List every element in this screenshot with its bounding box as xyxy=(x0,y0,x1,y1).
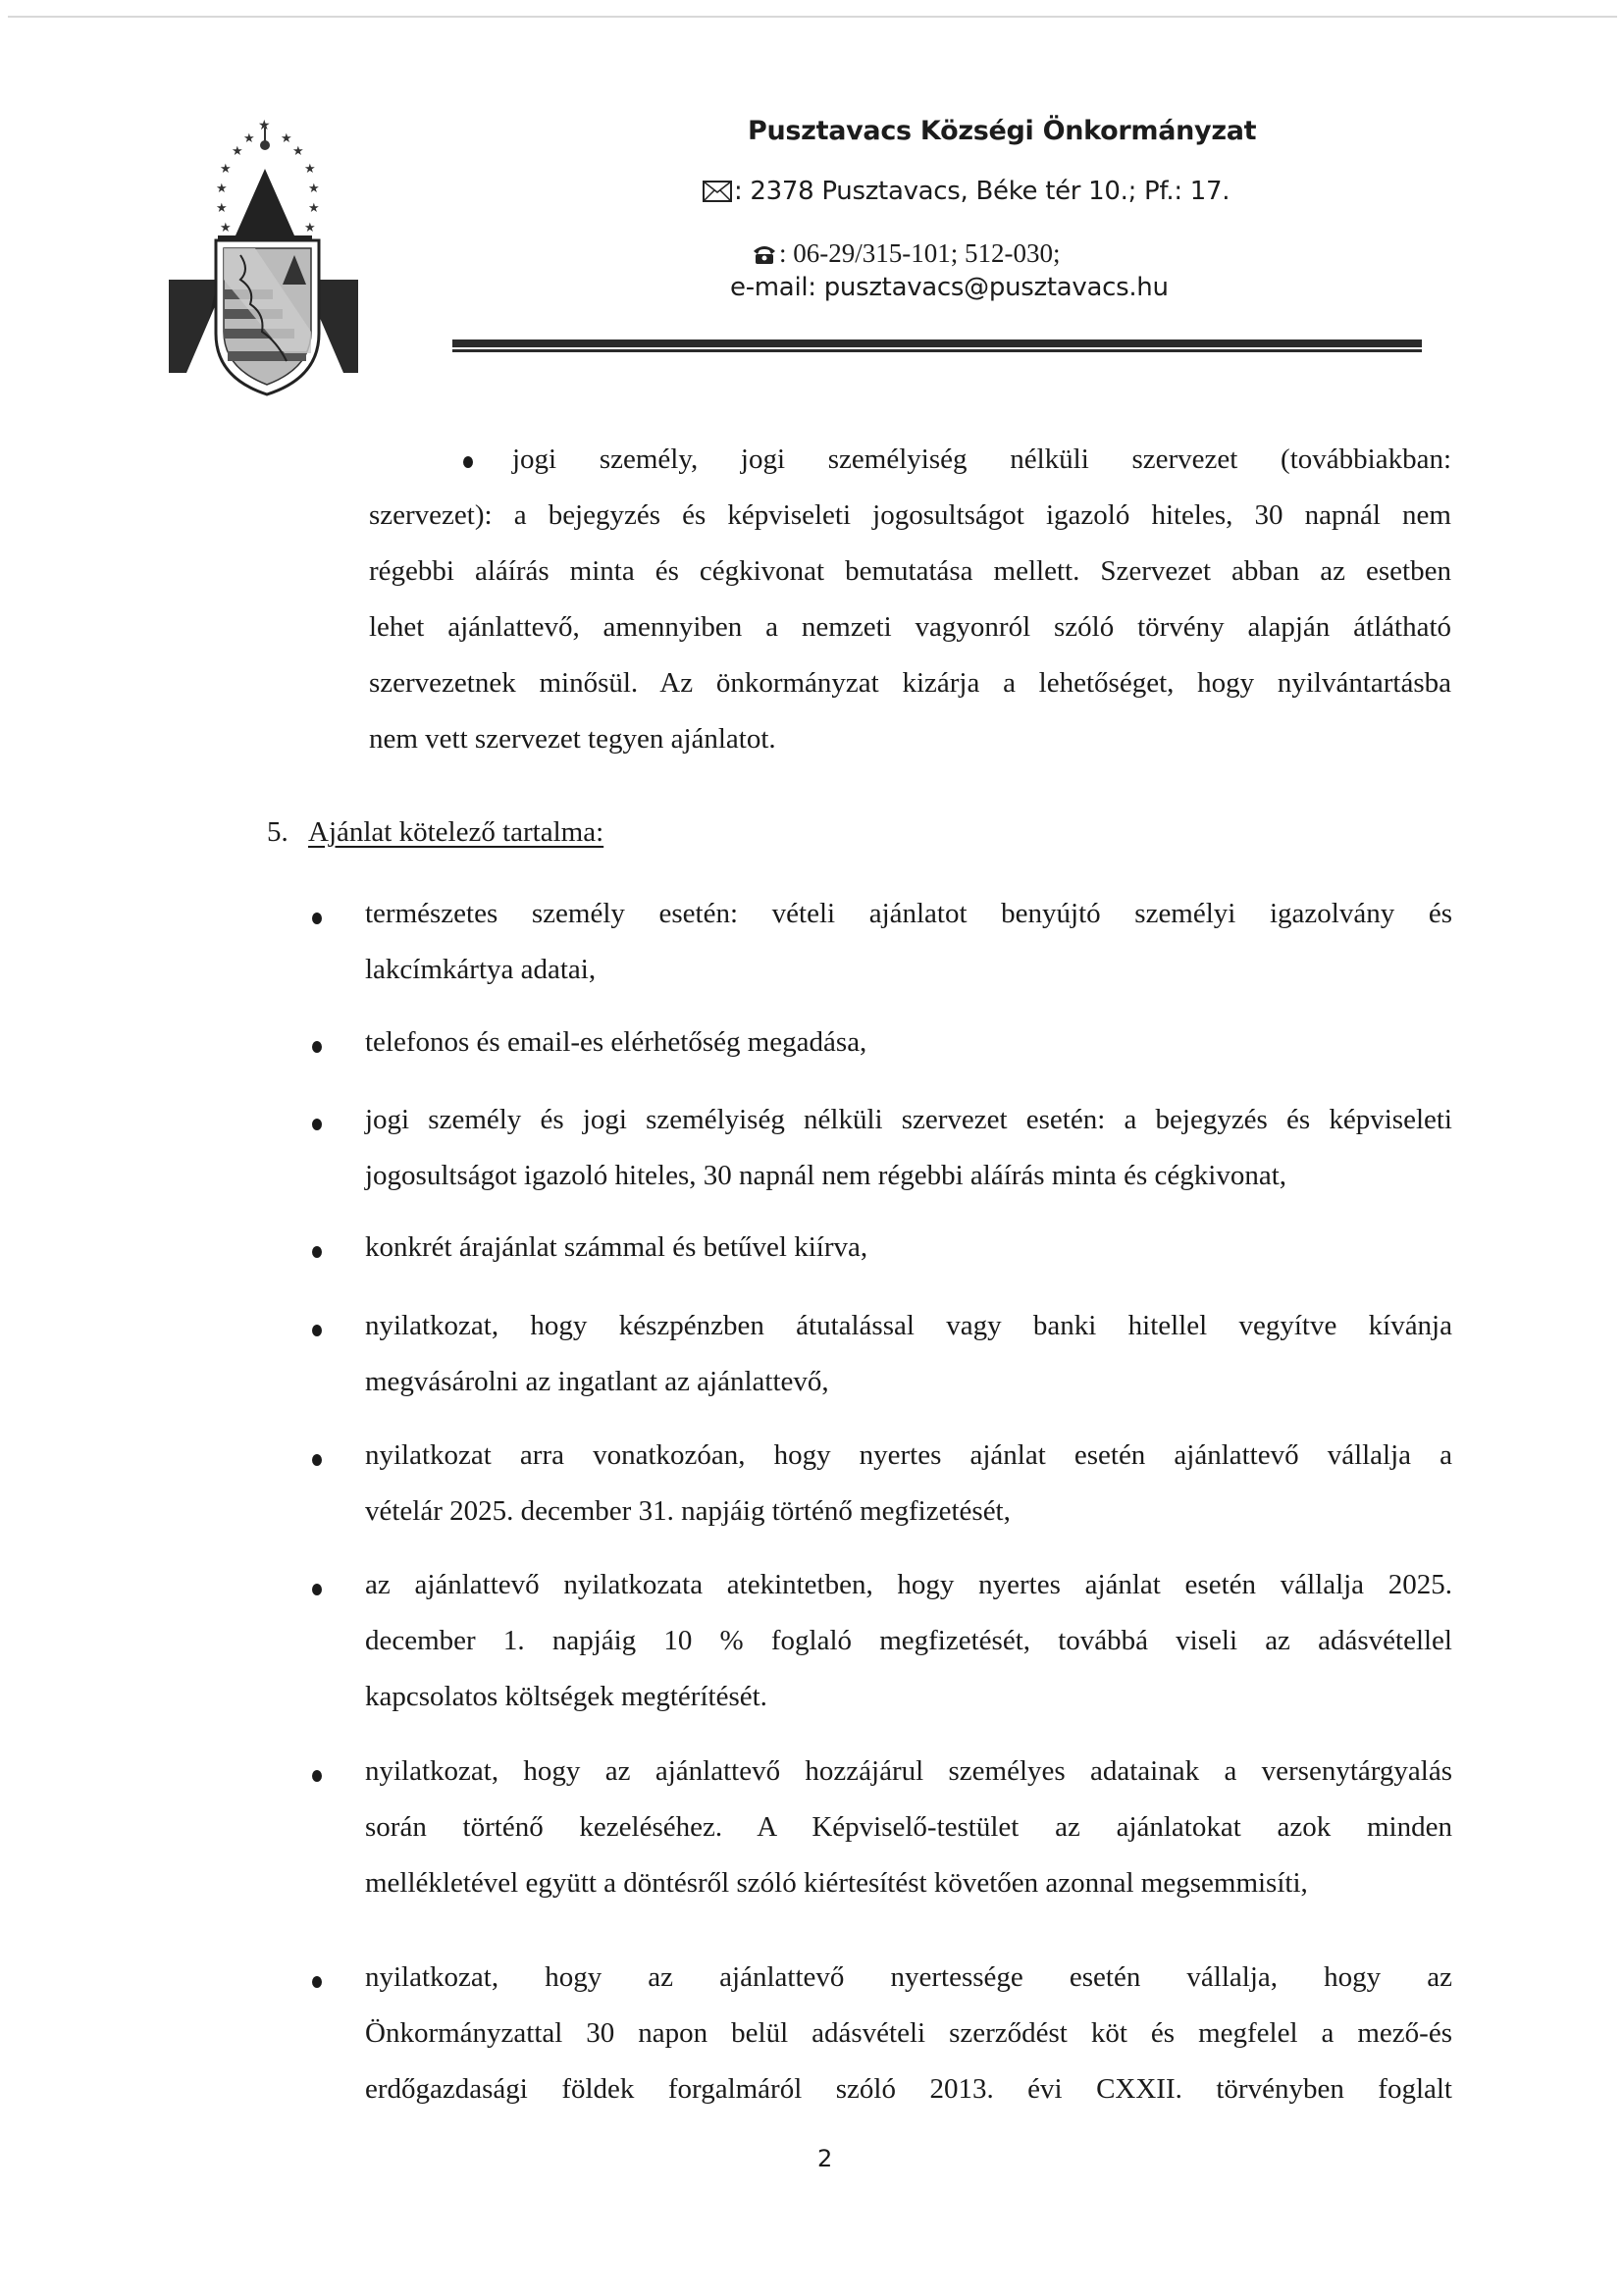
paragraph-line: jogi személy, jogi személyiség nélküli s… xyxy=(369,432,1451,488)
section-number: 5. xyxy=(267,816,308,849)
list-item-line: megvásárolni az ingatlant az ajánlattevő… xyxy=(365,1354,1452,1410)
list-item-line: vételár 2025. december 31. napjáig törté… xyxy=(365,1484,1452,1539)
list-item-line: konkrét árajánlat számmal és betűvel kií… xyxy=(365,1220,1452,1276)
postal-address: : 2378 Pusztavacs, Béke tér 10.; Pf.: 17… xyxy=(703,177,1230,209)
intro-bullet-paragraph: jogi személy, jogi személyiség nélküli s… xyxy=(369,432,1451,767)
list-item: az ajánlattevő nyilatkozata atekintetben… xyxy=(365,1557,1452,1725)
bullet-icon xyxy=(312,1454,322,1466)
scan-edge xyxy=(8,16,1617,18)
phone-line: : 06-29/315-101; 512-030; xyxy=(752,238,1060,272)
paragraph-line: lehet ajánlattevő, amennyiben a nemzeti … xyxy=(369,600,1451,655)
list-item-line: mellékletével együtt a döntésről szóló k… xyxy=(365,1855,1452,1911)
list-item: konkrét árajánlat számmal és betűvel kií… xyxy=(365,1220,1452,1276)
list-item-line: Önkormányzattal 30 napon belül adásvétel… xyxy=(365,2006,1452,2061)
list-item: természetes személy esetén: vételi ajánl… xyxy=(365,886,1452,998)
list-item: nyilatkozat, hogy az ajánlattevő hozzájá… xyxy=(365,1744,1452,1911)
bullet-icon xyxy=(312,1325,322,1336)
list-item-line: jogi személy és jogi személyiség nélküli… xyxy=(365,1092,1452,1148)
svg-text:★: ★ xyxy=(216,182,228,196)
svg-text:★: ★ xyxy=(220,162,232,177)
list-item-line: erdőgazdasági földek forgalmáról szóló 2… xyxy=(365,2061,1452,2117)
list-item-line: nyilatkozat arra vonatkozóan, hogy nyert… xyxy=(365,1428,1452,1484)
bullet-icon xyxy=(312,1119,322,1130)
svg-text:★: ★ xyxy=(304,221,316,235)
address-text: : 2378 Pusztavacs, Béke tér 10.; Pf.: 17… xyxy=(734,177,1230,206)
list-item-line: nyilatkozat, hogy az ajánlattevő nyertes… xyxy=(365,1950,1452,2006)
paragraph-line: szervezet): a bejegyzés és képviseleti j… xyxy=(369,488,1451,544)
list-item-line: jogosultságot igazoló hiteles, 30 napnál… xyxy=(365,1148,1452,1204)
list-item-line: lakcímkártya adatai, xyxy=(365,942,1452,998)
svg-text:★: ★ xyxy=(304,162,316,177)
list-item: jogi személy és jogi személyiség nélküli… xyxy=(365,1092,1452,1204)
svg-text:★: ★ xyxy=(308,201,320,216)
list-item: nyilatkozat arra vonatkozóan, hogy nyert… xyxy=(365,1428,1452,1539)
svg-text:★: ★ xyxy=(292,144,304,159)
list-item-line: során történő kezeléséhez. A Képviselő-t… xyxy=(365,1800,1452,1855)
section-title: Ajánlat kötelező tartalma: xyxy=(308,816,603,848)
paragraph-line: nem vett szervezet tegyen ajánlatot. xyxy=(369,711,1451,767)
page-number: 2 xyxy=(817,2145,832,2172)
coat-of-arms-logo: ★ ★★ ★★ ★★ ★★ ★★ ★★ xyxy=(157,108,383,402)
phone-text: : 06-29/315-101; 512-030; xyxy=(779,238,1060,268)
bullet-icon xyxy=(312,1041,322,1053)
header-rule-thin xyxy=(452,349,1422,352)
envelope-icon xyxy=(703,180,732,209)
list-item-line: kapcsolatos költségek megtérítését. xyxy=(365,1669,1452,1725)
paragraph-line: szervezetnek minősül. Az önkormányzat ki… xyxy=(369,655,1451,711)
svg-text:★: ★ xyxy=(281,131,292,146)
svg-text:★: ★ xyxy=(243,131,255,146)
email-address[interactable]: e-mail: pusztavacs@pusztavacs.hu xyxy=(730,273,1169,302)
telephone-icon xyxy=(752,241,777,272)
list-item: nyilatkozat, hogy az ajánlattevő nyertes… xyxy=(365,1950,1452,2117)
svg-text:★: ★ xyxy=(308,182,320,196)
svg-text:★: ★ xyxy=(220,221,232,235)
list-item: nyilatkozat, hogy készpénzben átutalássa… xyxy=(365,1298,1452,1410)
svg-text:★: ★ xyxy=(216,201,228,216)
list-item-line: az ajánlattevő nyilatkozata atekintetben… xyxy=(365,1557,1452,1613)
bullet-icon xyxy=(312,913,322,924)
list-item-line: telefonos és email-es elérhetőség megadá… xyxy=(365,1015,1452,1070)
header-rule-thick xyxy=(452,339,1422,347)
svg-text:★: ★ xyxy=(232,144,243,159)
paragraph-line: régebbi aláírás minta és cégkivonat bemu… xyxy=(369,544,1451,600)
bullet-icon xyxy=(312,1584,322,1595)
organization-name: Pusztavacs Községi Önkormányzat xyxy=(748,116,1256,146)
list-item-line: december 1. napjáig 10 % foglaló megfize… xyxy=(365,1613,1452,1669)
list-item-line: nyilatkozat, hogy készpénzben átutalássa… xyxy=(365,1298,1452,1354)
bullet-icon xyxy=(312,1246,322,1258)
list-item-line: nyilatkozat, hogy az ajánlattevő hozzájá… xyxy=(365,1744,1452,1800)
bullet-icon xyxy=(312,1976,322,1988)
list-item-line: természetes személy esetén: vételi ajánl… xyxy=(365,886,1452,942)
list-item: telefonos és email-es elérhetőség megadá… xyxy=(365,1015,1452,1070)
section-heading: 5.Ajánlat kötelező tartalma: xyxy=(267,816,603,849)
bullet-icon xyxy=(312,1770,322,1782)
